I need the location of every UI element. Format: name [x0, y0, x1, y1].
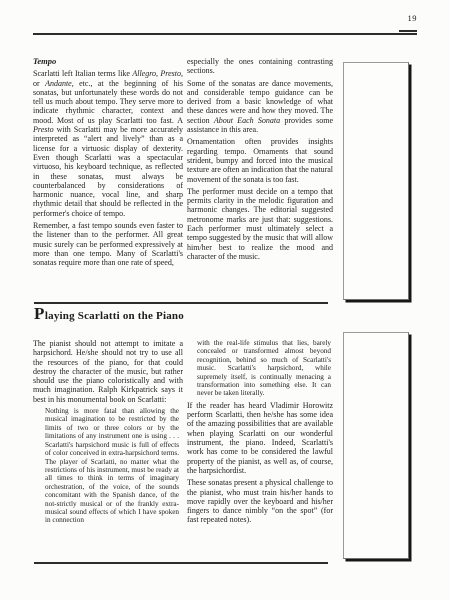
kirkpatrick-quote: Nothing is more fatal than allowing the … — [45, 407, 183, 525]
book-page: 19 Tempo Scarlatti left Italian terms li… — [0, 0, 450, 600]
footer-rule — [34, 562, 328, 564]
piano-column-right: with the real-life stimulus that lies, b… — [187, 339, 333, 528]
header-rule — [33, 33, 417, 35]
paragraph: If the reader has heard Vladimir Horowit… — [187, 401, 333, 475]
paragraph: The pianist should not attempt to imitat… — [33, 339, 183, 404]
paragraph: Scarlatti left Italian terms like Allegr… — [33, 69, 183, 218]
paragraph: Remember, a fast tempo sounds even faste… — [33, 221, 183, 267]
paragraph: Ornamentation often provides insights re… — [187, 137, 333, 183]
heading-text: laying Scarlatti on the Piano — [45, 310, 184, 322]
piano-section-heading: Playing Scarlatti on the Piano — [34, 305, 184, 324]
piano-column-left: The pianist should not attempt to imitat… — [33, 339, 183, 525]
paragraph: These sonatas present a physical challen… — [187, 478, 333, 524]
paragraph: The performer must decide on a tempo tha… — [187, 187, 333, 261]
figure-placeholder-box-1 — [343, 62, 409, 300]
heading-drop-cap: P — [34, 304, 44, 323]
kirkpatrick-quote-continuation: with the real-life stimulus that lies, b… — [197, 339, 333, 398]
tempo-column-left: Tempo Scarlatti left Italian terms like … — [33, 57, 183, 271]
paragraph: Some of the sonatas are dance movements,… — [187, 79, 333, 135]
page-number-rule — [399, 30, 417, 32]
paragraph: especially the ones containing contrasti… — [187, 57, 333, 76]
tempo-heading: Tempo — [33, 57, 183, 66]
tempo-column-right: especially the ones containing contrasti… — [187, 57, 333, 264]
figure-placeholder-box-2 — [343, 332, 409, 559]
section-divider-rule — [34, 302, 328, 304]
page-number: 19 — [393, 13, 417, 23]
